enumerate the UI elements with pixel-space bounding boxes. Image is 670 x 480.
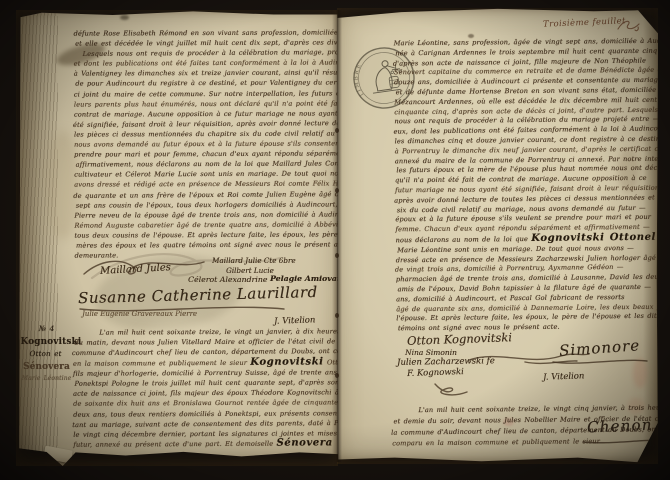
highlighted-surname: Kognovitski Ottonel — [531, 232, 656, 244]
right-page: Troisième feuillet TIMBRE Marie Léontine… — [337, 8, 658, 464]
handwritten-line: sept ans cousin de l'époux, tous deux ho… — [76, 199, 338, 210]
handwritten-line: affirmativement, nous déclarons au nom d… — [76, 159, 338, 170]
handwritten-line: Sénovera — [19, 361, 74, 374]
witness-names-line: Julie Eugénie Gravereaux Pierre — [82, 310, 197, 318]
handwritten-line: été signifiée, faisant droit à leur réqu… — [73, 118, 335, 130]
register-photograph: défunte Rose Elisabeth Rémond en son viv… — [0, 0, 670, 480]
handwritten-line: de pour Audincourt du registre à ce dest… — [75, 78, 337, 89]
signature: Maillard Julie Cte 6bre — [212, 256, 296, 265]
signature: J. Vitelion — [274, 315, 316, 326]
highlighted-surname: Sénovera — [276, 438, 332, 449]
handwritten-line: ci joint du maire de cette commune. Sur … — [74, 88, 336, 99]
stitch — [335, 188, 339, 193]
signature: Nina Simonin — [405, 348, 457, 357]
left-paragraph-1: défunte Rose Elisabeth Rémond en son viv… — [73, 27, 336, 260]
handwritten-line: Ponektspi Pologne le trois juillet mil h… — [74, 377, 337, 389]
stitch — [335, 128, 339, 133]
signature: J. Vitelion — [543, 371, 585, 382]
handwritten-line: Kognovitski — [21, 336, 76, 349]
margin-note: № 4KognovitskiOtton etSénoveraMarie Léon… — [19, 323, 74, 386]
handwritten-line: Marie Léontine — [19, 373, 74, 386]
paraph-flourish — [615, 16, 643, 36]
signature: Gilbert Lucie — [226, 266, 274, 275]
handwritten-line: Otton et — [18, 348, 73, 361]
binding-seam — [332, 10, 342, 462]
stain — [120, 15, 129, 20]
stitch — [335, 373, 339, 378]
handwritten-line: futur, annexé au présent acte d'une part… — [73, 439, 336, 451]
stitch — [335, 313, 339, 318]
handwritten-line: tant au mariage, suivant acte de consent… — [72, 418, 335, 430]
folio-header: Troisième feuillet — [543, 16, 626, 30]
paraph-flourish — [429, 380, 473, 404]
closing-name: Chenon — [587, 416, 653, 437]
left-paragraph-2: L'an mil huit cent soixante treize, le v… — [73, 326, 337, 450]
signature: Célerot Alexandrine — [188, 275, 267, 284]
stain — [468, 34, 474, 38]
signature-underline-flourish — [551, 356, 651, 368]
book-fore-edge — [16, 10, 58, 466]
highlighted-surname: Kognovitski — [250, 356, 323, 367]
stitch — [335, 253, 339, 258]
left-page: défunte Rose Elisabeth Rémond en son viv… — [16, 10, 338, 466]
signature: F. Kognowski — [407, 367, 464, 379]
right-paragraph-1: Marie Léontine, sans profession, âgée de… — [394, 37, 655, 334]
handwritten-line: Lesquels nous ont requis de procéder à l… — [73, 47, 335, 59]
signature-underline-flourish — [581, 436, 670, 446]
handwritten-line: № 4 — [19, 323, 74, 336]
